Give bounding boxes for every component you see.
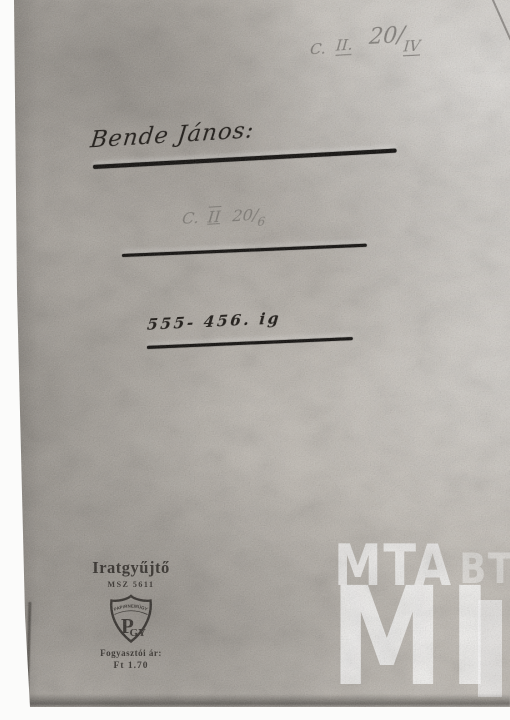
classification-part3: 20/ [232,205,259,225]
stamp-price-value: Ft 1.70 [74,661,188,671]
classification-part2: II [207,207,221,227]
scanned-document-screenshot: { "document": { "kind": "scanned archiva… [0,0,510,720]
range-underline [147,337,353,349]
middle-rule-line [122,244,367,257]
stamp-monogram-gy: GY [130,627,147,639]
pencil-note-part4: IV [403,36,421,56]
pencil-note-classification: C.II20/6 [181,205,266,228]
document-page: C.II.20/IV Bende János: C.II20/6 555- 45… [12,0,510,707]
page-fold-line [26,602,31,706]
stamp-title: Iratgyűjtő [74,558,188,578]
pencil-note-part2: II. [335,36,353,56]
pencil-note-part3: 20/ [368,23,406,50]
paper-factory-shield-icon: PAPIRNEMÜGYÁR P GY [108,594,154,644]
handwritten-range: 555- 456. ig [146,308,282,334]
page-bottom-edge-shadow [12,694,510,707]
printed-stamp: Iratgyűjtő MSZ 5611 PAPIRNEMÜGYÁR P GY F… [74,558,188,671]
stamp-standard-number: MSZ 5611 [74,580,188,589]
classification-part4: 6 [257,215,266,229]
pencil-note-part1: C. [309,39,326,58]
handwritten-name: Bende János: [89,117,256,153]
corner-crease-line [491,0,510,42]
watermark-partial-letter [478,600,502,697]
watermark-mi: MI [330,581,496,695]
classification-part1: C. [181,208,199,228]
stamp-price-label: Fogyasztói ár: [74,648,188,658]
name-underline [93,149,397,169]
pencil-note-reference: C.II.20/IV [310,22,423,53]
